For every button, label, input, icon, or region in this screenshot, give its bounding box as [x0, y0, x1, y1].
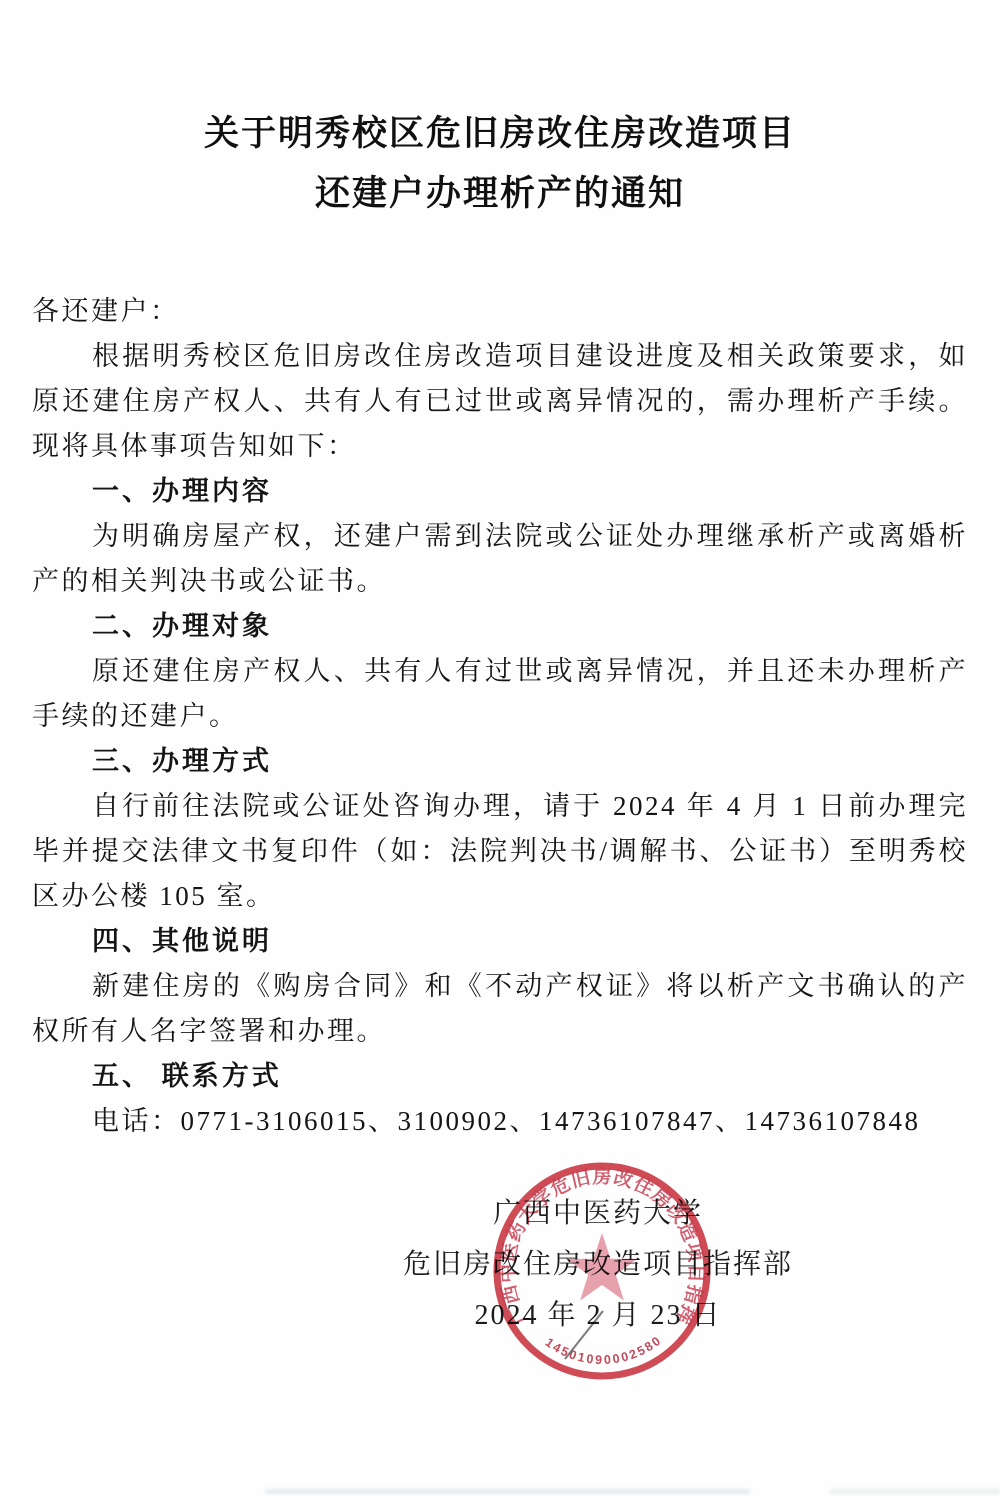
notice-title: 关于明秀校区危旧房改住房改造项目 还建户办理析产的通知 [22, 104, 978, 224]
section-4-body: 新建住房的《购房合同》和《不动产权证》将以析产文书确认的产权所有人名字签署和办理… [32, 964, 968, 1054]
section-4-heading: 四、其他说明 [32, 919, 968, 964]
section-1-body: 为明确房屋产权，还建户需到法院或公证处办理继承析产或离婚析产的相关判决书或公证书… [32, 514, 968, 604]
section-3-body: 自行前往法院或公证处咨询办理，请于 2024 年 4 月 1 日前办理完毕并提交… [32, 784, 968, 919]
notice-body: 各还建户： 根据明秀校区危旧房改住房改造项目建设进度及相关政策要求，如原还建住房… [32, 289, 968, 1144]
section-3-heading: 三、办理方式 [32, 739, 968, 784]
notice-title-line1: 关于明秀校区危旧房改住房改造项目 [22, 104, 978, 164]
page-bottom-scan-artifact-right [830, 1489, 1000, 1494]
section-2-body: 原还建住房产权人、共有人有过世或离异情况，并且还未办理析产手续的还建户。 [32, 649, 968, 739]
section-5-heading: 五、 联系方式 [32, 1054, 968, 1099]
page-bottom-scan-artifact [265, 1489, 750, 1494]
seal-ring-text: 广西中医药大学危旧房改住房改造项目指挥部 [487, 1159, 707, 1329]
seal-serial-number: 14501090002580 [543, 1333, 665, 1367]
intro-paragraph: 根据明秀校区危旧房改住房改造项目建设进度及相关政策要求，如原还建住房产权人、共有… [32, 334, 968, 469]
section-2-heading: 二、办理对象 [32, 604, 968, 649]
notice-title-line2: 还建户办理析产的通知 [22, 164, 978, 224]
section-5-body: 电话：0771-3106015、3100902、14736107847、1473… [32, 1099, 968, 1144]
svg-text:广西中医药大学危旧房改住房改造项目指挥部: 广西中医药大学危旧房改住房改造项目指挥部 [487, 1159, 707, 1329]
svg-text:14501090002580: 14501090002580 [543, 1333, 665, 1367]
notice-document-page: 关于明秀校区危旧房改住房改造项目 还建户办理析产的通知 各还建户： 根据明秀校区… [0, 0, 1000, 1496]
salutation: 各还建户： [32, 289, 968, 334]
official-seal: 广西中医药大学危旧房改住房改造项目指挥部 14501090002580 [487, 1159, 717, 1387]
section-1-heading: 一、办理内容 [32, 469, 968, 514]
seal-star-icon [567, 1233, 637, 1301]
official-seal-graphic: 广西中医药大学危旧房改住房改造项目指挥部 14501090002580 [487, 1159, 717, 1387]
